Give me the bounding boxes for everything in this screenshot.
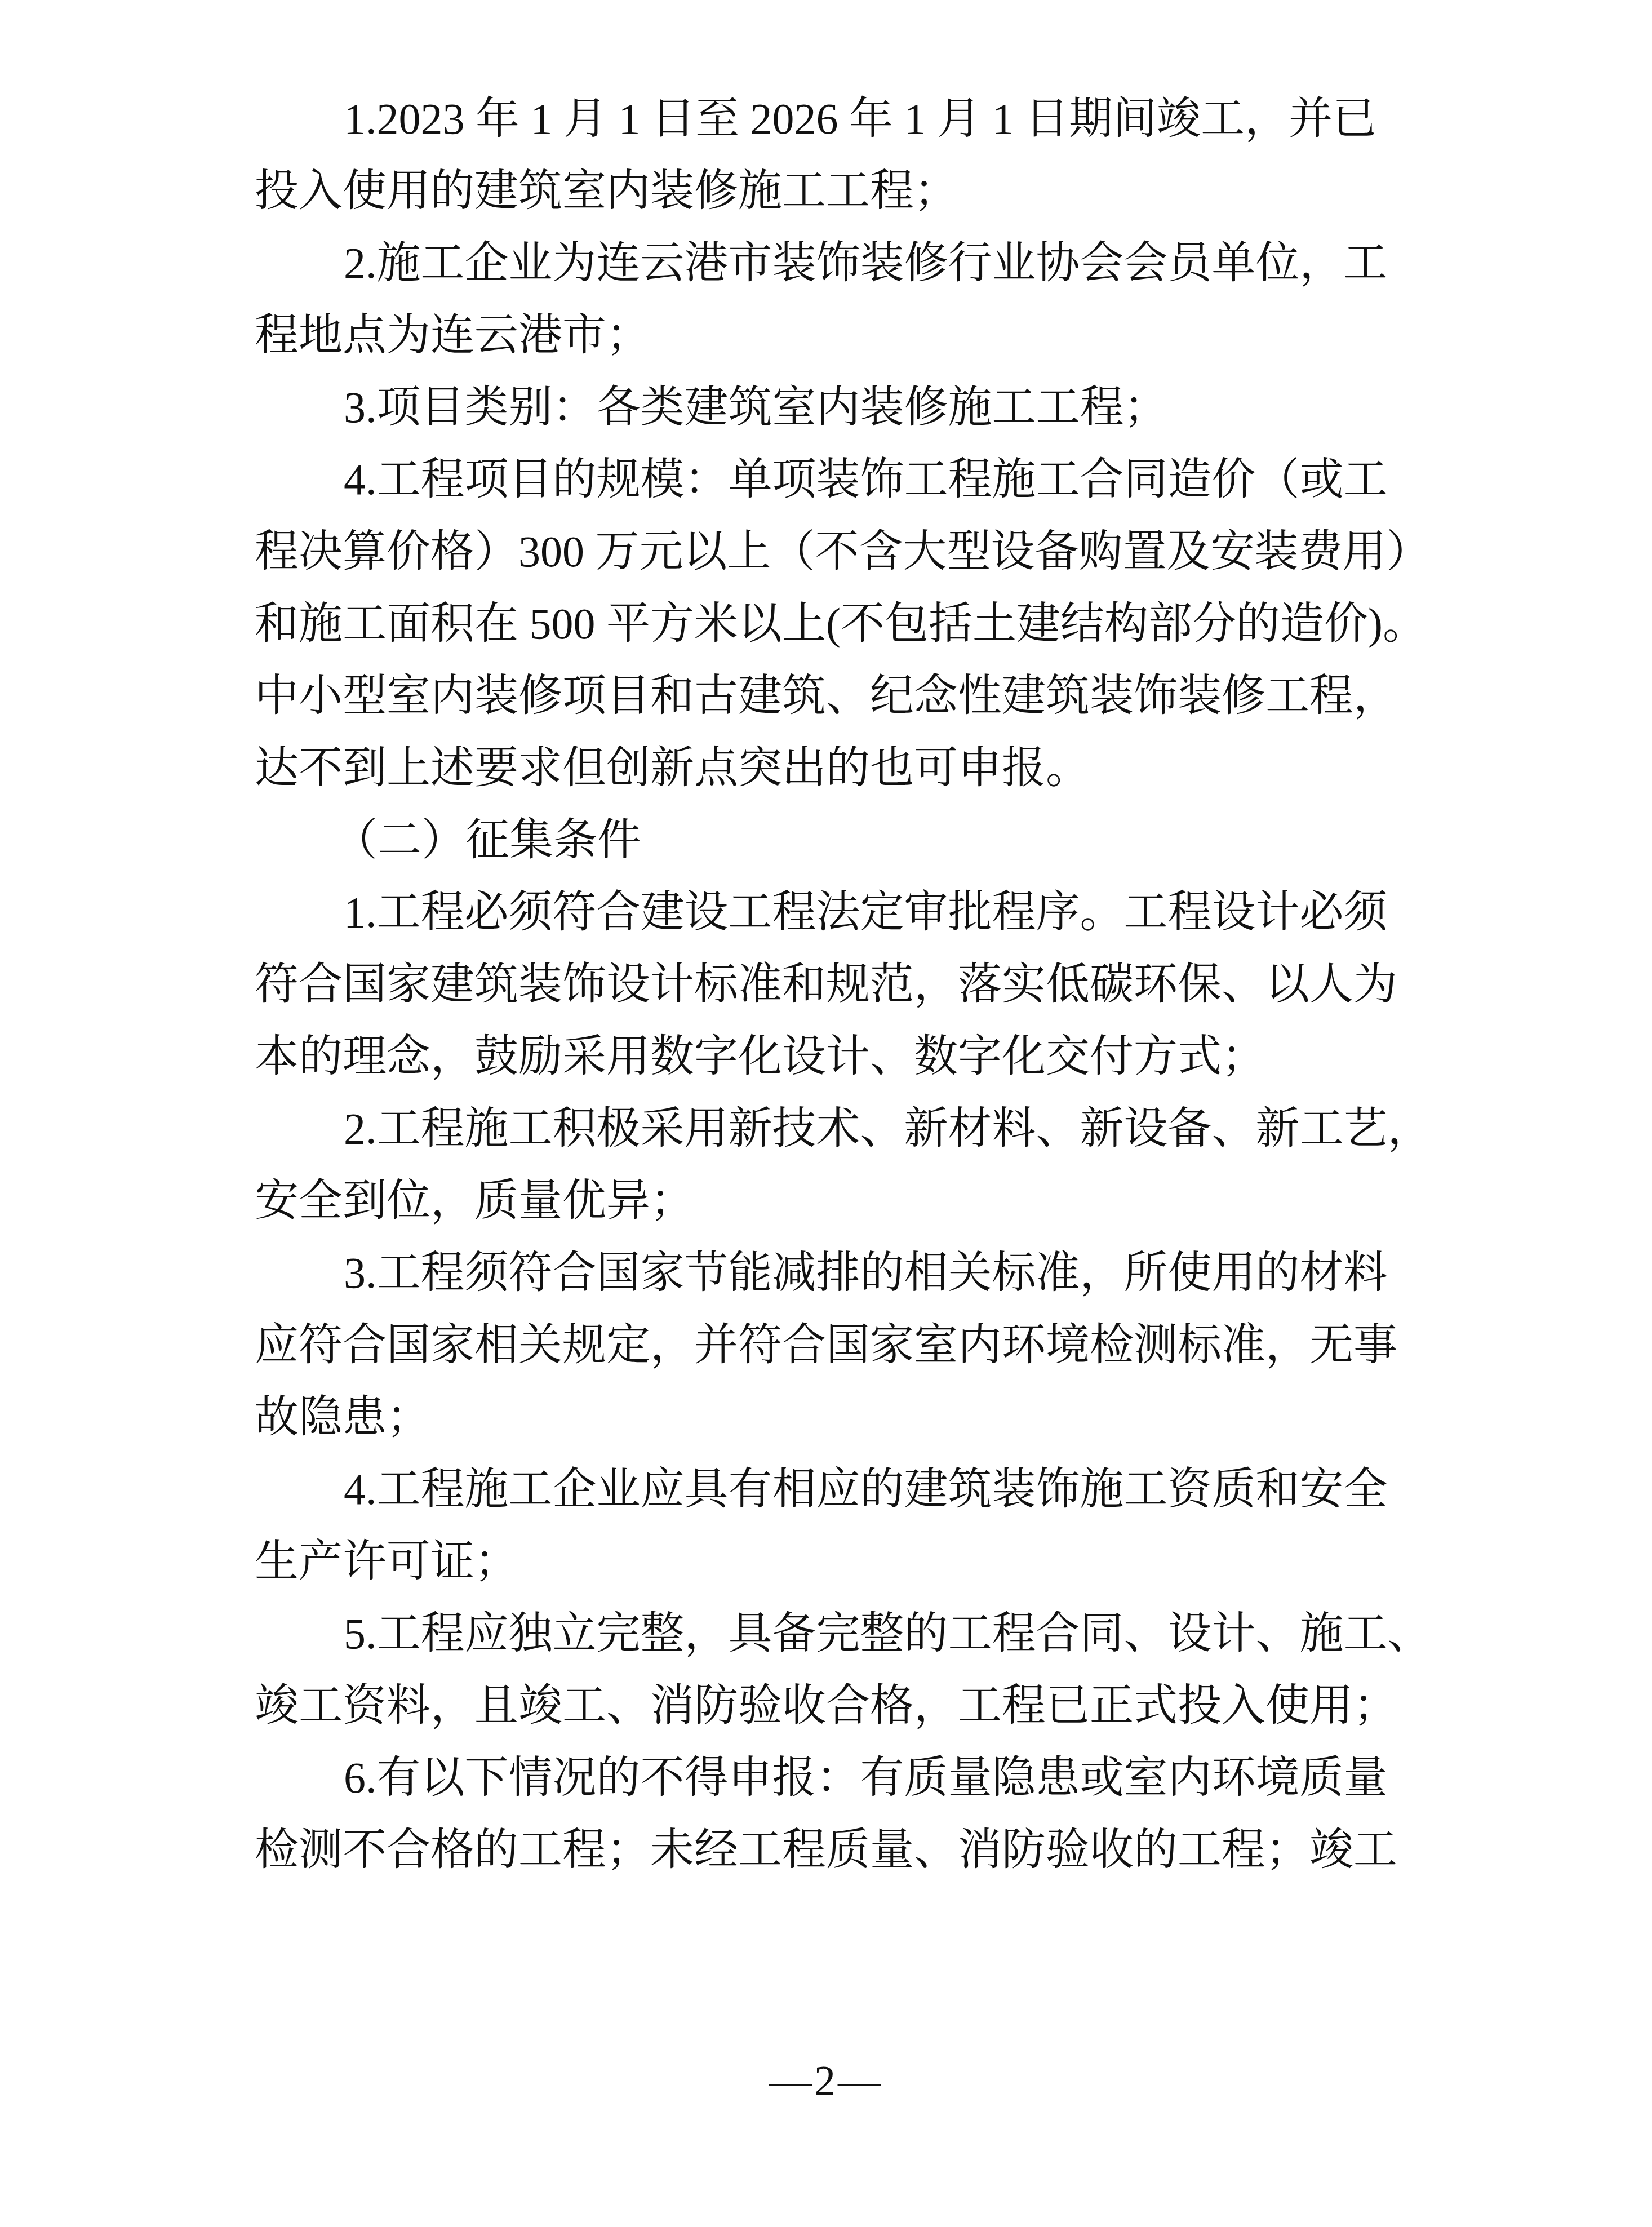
text-line: 1.工程必须符合建设工程法定审批程序。工程设计必须 [255,876,1415,948]
text-line: 故隐患； [255,1381,1415,1453]
text-line: 检测不合格的工程；未经工程质量、消防验收的工程；竣工 [255,1814,1415,1886]
section-heading: （二）征集条件 [255,804,1415,876]
text-line: 2.工程施工积极采用新技术、新材料、新设备、新工艺， [255,1093,1415,1165]
text-line: 5.工程应独立完整，具备完整的工程合同、设计、施工、 [255,1598,1415,1670]
document-page: 1.2023 年 1 月 1 日至 2026 年 1 月 1 日期间竣工，并已 … [0,0,1652,2227]
text-line: 2.施工企业为连云港市装饰装修行业协会会员单位，工 [255,227,1415,299]
body-text: 1.2023 年 1 月 1 日至 2026 年 1 月 1 日期间竣工，并已 … [255,83,1415,1886]
text-line: 4.工程项目的规模：单项装饰工程施工合同造价（或工 [255,443,1415,516]
text-line: 1.2023 年 1 月 1 日至 2026 年 1 月 1 日期间竣工，并已 [255,83,1415,155]
text-line: 达不到上述要求但创新点突出的也可申报。 [255,732,1415,804]
text-line: 3.工程须符合国家节能减排的相关标准，所使用的材料 [255,1237,1415,1309]
text-line: 程地点为连云港市； [255,299,1415,371]
text-line: 符合国家建筑装饰设计标准和规范，落实低碳环保、以人为 [255,948,1415,1021]
text-line: 6.有以下情况的不得申报：有质量隐患或室内环境质量 [255,1742,1415,1814]
text-line: 中小型室内装修项目和古建筑、纪念性建筑装饰装修工程， [255,660,1415,732]
text-line: 3.项目类别：各类建筑室内装修施工工程； [255,371,1415,443]
text-line: 投入使用的建筑室内装修施工工程； [255,155,1415,227]
page-number: —2— [0,2054,1652,2108]
text-line: 生产许可证； [255,1525,1415,1598]
text-line: 程决算价格）300 万元以上（不含大型设备购置及安装费用） [255,516,1415,588]
text-line: 本的理念，鼓励采用数字化设计、数字化交付方式； [255,1021,1415,1093]
text-line: 竣工资料，且竣工、消防验收合格，工程已正式投入使用； [255,1670,1415,1742]
text-line: 和施工面积在 500 平方米以上(不包括土建结构部分的造价)。 [255,588,1415,660]
text-line: 4.工程施工企业应具有相应的建筑装饰施工资质和安全 [255,1453,1415,1525]
text-line: 安全到位，质量优异； [255,1165,1415,1237]
text-line: 应符合国家相关规定，并符合国家室内环境检测标准，无事 [255,1309,1415,1381]
